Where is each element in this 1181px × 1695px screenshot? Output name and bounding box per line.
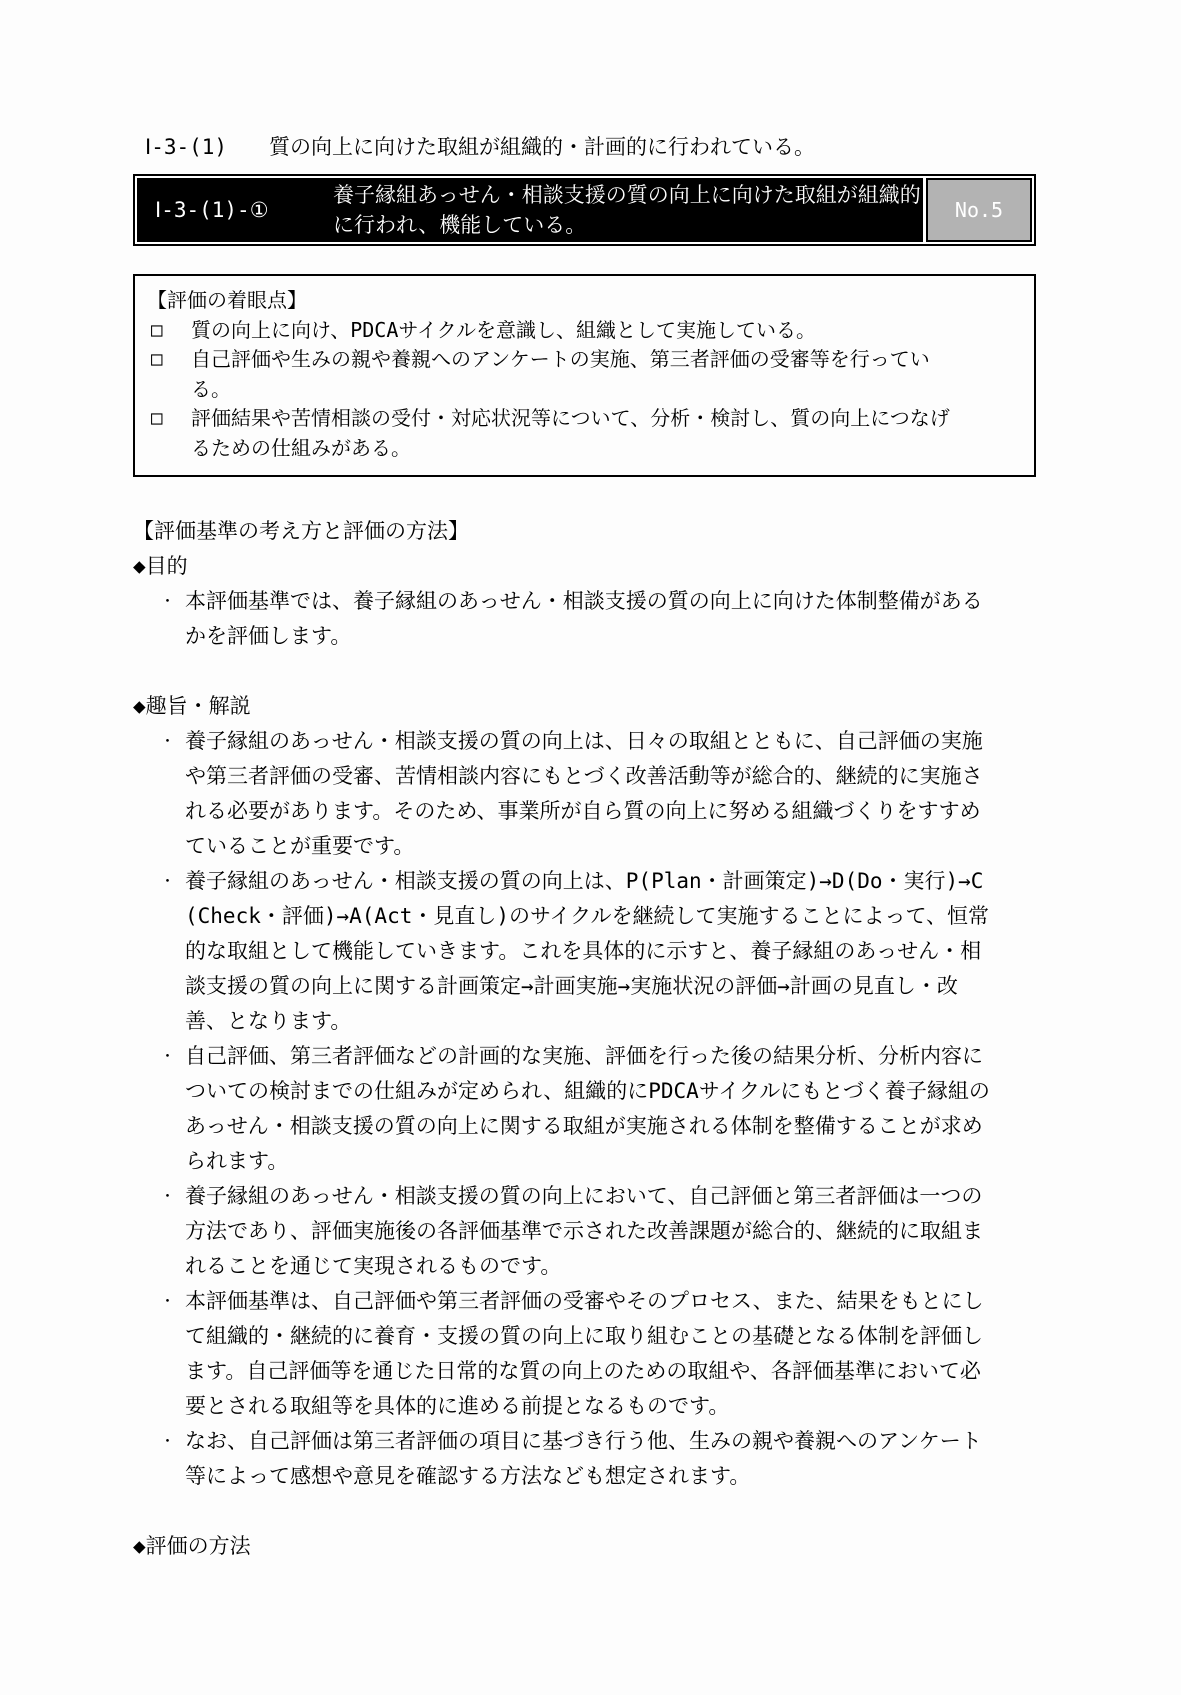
- focus-item: □ 評価結果や苦情相談の受付・対応状況等について、分析・検討し、質の向上につなげ…: [147, 404, 1022, 463]
- checkbox-icon: □: [147, 316, 191, 346]
- explanation-bullet-text: なお、自己評価は第三者評価の項目に基づき行う他、生みの親や養親へのアンケート 等…: [185, 1424, 982, 1494]
- explanation-bullet: ・ 養子縁組のあっせん・相談支援の質の向上において、自己評価と第三者評価は一つの…: [133, 1179, 1036, 1284]
- item-title: 養子縁組あっせん・相談支援の質の向上に向けた取組が組織的 に行われ、機能している…: [333, 180, 921, 240]
- item-header-main-cell: Ⅰ-3-(1)-① 養子縁組あっせん・相談支援の質の向上に向けた取組が組織的 に…: [137, 178, 923, 242]
- explanation-bullet: ・ 養子縁組のあっせん・相談支援の質の向上は、日々の取組とともに、自己評価の実施…: [133, 724, 1036, 864]
- explanation-bullet-text: 本評価基準は、自己評価や第三者評価の受審やそのプロセス、また、結果をもとにし て…: [185, 1284, 984, 1424]
- explanation-bullet-text: 養子縁組のあっせん・相談支援の質の向上は、日々の取組とともに、自己評価の実施 や…: [185, 724, 983, 864]
- focus-item: □ 自己評価や生みの親や養親へのアンケートの実施、第三者評価の受審等を行ってい …: [147, 345, 1022, 404]
- bullet-icon: ・: [133, 724, 185, 864]
- method-heading: ◆評価の方法: [133, 1529, 1036, 1564]
- focus-item-text: 自己評価や生みの親や養親へのアンケートの実施、第三者評価の受審等を行ってい る。: [191, 345, 930, 404]
- explanation-bullet: ・ 本評価基準は、自己評価や第三者評価の受審やそのプロセス、また、結果をもとにし…: [133, 1284, 1036, 1424]
- document-page: Ⅰ-3-(1) 質の向上に向けた取組が組織的・計画的に行われている。 Ⅰ-3-(…: [0, 0, 1181, 1695]
- bullet-icon: ・: [133, 1424, 185, 1494]
- purpose-bullet-text: 本評価基準では、養子縁組のあっせん・相談支援の質の向上に向けた体制整備がある か…: [185, 584, 983, 654]
- explanation-heading: ◆趣旨・解説: [133, 689, 1036, 724]
- bullet-icon: ・: [133, 1284, 185, 1424]
- explanation-bullet: ・ 養子縁組のあっせん・相談支援の質の向上は、P(Plan・計画策定)→D(Do…: [133, 864, 1036, 1039]
- explanation-bullet-text: 自己評価、第三者評価などの計画的な実施、評価を行った後の結果分析、分析内容に つ…: [185, 1039, 990, 1179]
- focus-box-title: 【評価の着眼点】: [147, 286, 1022, 316]
- focus-points-box: 【評価の着眼点】 □ 質の向上に向け、PDCAサイクルを意識し、組織として実施し…: [133, 274, 1036, 477]
- explanation-bullet-text: 養子縁組のあっせん・相談支援の質の向上は、P(Plan・計画策定)→D(Do・実…: [185, 864, 989, 1039]
- page-content: Ⅰ-3-(1) 質の向上に向けた取組が組織的・計画的に行われている。 Ⅰ-3-(…: [133, 132, 1036, 1564]
- bullet-icon: ・: [133, 864, 185, 1039]
- item-code: Ⅰ-3-(1)-①: [137, 198, 333, 222]
- criteria-heading: 【評価基準の考え方と評価の方法】: [133, 514, 1036, 549]
- item-number-badge: No.5: [926, 178, 1032, 242]
- criteria-section: 【評価基準の考え方と評価の方法】 ◆目的 ・ 本評価基準では、養子縁組のあっせん…: [133, 514, 1036, 1564]
- explanation-bullet: ・ なお、自己評価は第三者評価の項目に基づき行う他、生みの親や養親へのアンケート…: [133, 1424, 1036, 1494]
- focus-item-text: 質の向上に向け、PDCAサイクルを意識し、組織として実施している。: [191, 316, 816, 346]
- focus-item-text: 評価結果や苦情相談の受付・対応状況等について、分析・検討し、質の向上につなげ る…: [191, 404, 950, 463]
- item-header-table: Ⅰ-3-(1)-① 養子縁組あっせん・相談支援の質の向上に向けた取組が組織的 に…: [133, 174, 1036, 246]
- explanation-bullet-text: 養子縁組のあっせん・相談支援の質の向上において、自己評価と第三者評価は一つの 方…: [185, 1179, 983, 1284]
- bullet-icon: ・: [133, 1179, 185, 1284]
- explanation-bullet: ・ 自己評価、第三者評価などの計画的な実施、評価を行った後の結果分析、分析内容に…: [133, 1039, 1036, 1179]
- bullet-icon: ・: [133, 584, 185, 654]
- checkbox-icon: □: [147, 404, 191, 463]
- focus-item: □ 質の向上に向け、PDCAサイクルを意識し、組織として実施している。: [147, 316, 1022, 346]
- checkbox-icon: □: [147, 345, 191, 404]
- section-heading: Ⅰ-3-(1) 質の向上に向けた取組が組織的・計画的に行われている。: [133, 132, 1036, 162]
- purpose-heading: ◆目的: [133, 549, 1036, 584]
- bullet-icon: ・: [133, 1039, 185, 1179]
- purpose-bullet: ・ 本評価基準では、養子縁組のあっせん・相談支援の質の向上に向けた体制整備がある…: [133, 584, 1036, 654]
